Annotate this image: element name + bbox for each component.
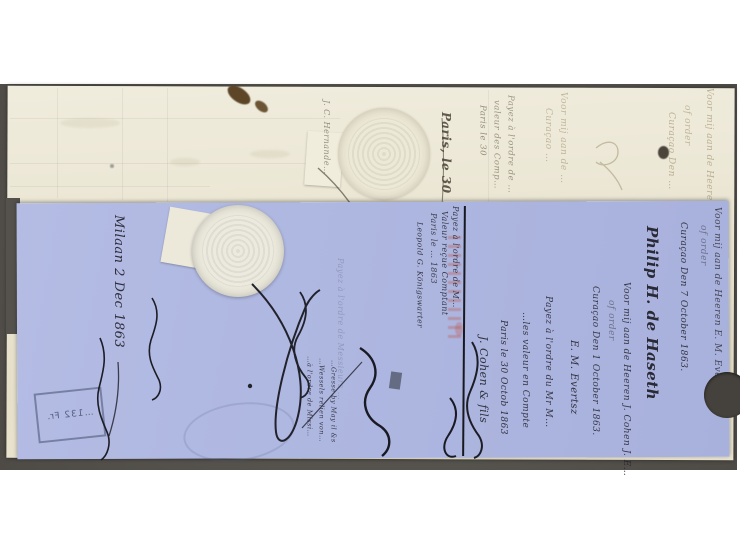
handwriting-valeur: valeur des Comp… bbox=[492, 100, 501, 196]
handwriting-payez: Payez à l'ordre de … bbox=[506, 95, 515, 207]
showthrough-smudge bbox=[250, 150, 290, 158]
showthrough-smudge bbox=[60, 118, 120, 128]
embossed-seal-blue bbox=[192, 205, 284, 297]
fold-crease bbox=[122, 88, 123, 200]
handwriting-paris-date: Paris le … 1863 bbox=[429, 213, 437, 321]
handwriting-of-order: of order bbox=[698, 225, 707, 283]
handwriting-voor-evertsz: Voor mij aan de Heeren E. M. Evertsz bbox=[712, 207, 721, 455]
fold-crease bbox=[10, 118, 340, 119]
handwriting-curacao-den-7: Curaçao Den 7 October 1863. bbox=[678, 222, 687, 454]
showthrough-smudge bbox=[170, 158, 200, 166]
handwriting-curacao-den-1: Curaçao Den 1 October 1863. bbox=[590, 286, 599, 456]
handwriting-cohen-fils: J. Cohen & fils bbox=[478, 336, 489, 456]
handwriting-tiny-line: …à l'ordre de Missi… bbox=[306, 356, 313, 426]
handwriting-valeur-comptant: Valeur reçue Comptant bbox=[440, 211, 448, 331]
handwriting-valeur-compte: …les valeur en Compte bbox=[520, 312, 529, 452]
fold-crease bbox=[488, 90, 489, 205]
seal-relief bbox=[348, 118, 420, 190]
handwriting-curacao-faint: Curaçao … bbox=[543, 108, 552, 206]
fold-crease bbox=[10, 186, 210, 187]
handwriting-de-haseth-signature: Philip H. de Haseth bbox=[644, 226, 659, 454]
handwriting-evertsz-signature: E. M. Evertsz bbox=[568, 340, 578, 432]
fold-crease bbox=[167, 88, 168, 202]
fold-crease bbox=[57, 88, 58, 198]
handwriting-note: J. C. Hernande… bbox=[322, 100, 330, 200]
handwriting-of-order: of order bbox=[606, 300, 615, 356]
handwriting-tiny-line: …Wessels relien von… bbox=[318, 358, 325, 426]
handwriting-paris-bold: Paris, le 30 bbox=[440, 112, 452, 208]
embossed-seal-cream bbox=[338, 108, 430, 200]
handwriting-voor-cohen: Voor mij aan de Heeren J. Cohen J. E… bbox=[621, 282, 630, 458]
handwriting-payez-ordre: Payez à l'ordre de M… bbox=[451, 206, 459, 332]
handwriting-tiny-line: …Gresse by May il &s bbox=[330, 360, 337, 426]
handwriting-koenigswarter: Leopold G. Königswarter bbox=[416, 222, 424, 346]
handwriting-paris-small: Paris le 30 bbox=[478, 105, 487, 187]
ink-dot bbox=[110, 164, 114, 168]
handwriting-of-order: of order bbox=[682, 105, 691, 161]
value-box-stamp: …132 Fr. bbox=[34, 387, 107, 444]
seal-relief bbox=[202, 215, 274, 287]
handwriting-paris-octob: Paris le 30 Octob 1863 bbox=[498, 320, 507, 452]
small-handstamp bbox=[389, 371, 402, 389]
handwriting-milaan-date: Milaan 2 Dec 1863 bbox=[112, 215, 125, 440]
handwriting-payez-mr: Payez à l'ordre du Mr M… bbox=[543, 296, 552, 454]
photo-scan-page: J. C. Hernande… Paris, le 30 Paris le 30… bbox=[0, 0, 740, 557]
